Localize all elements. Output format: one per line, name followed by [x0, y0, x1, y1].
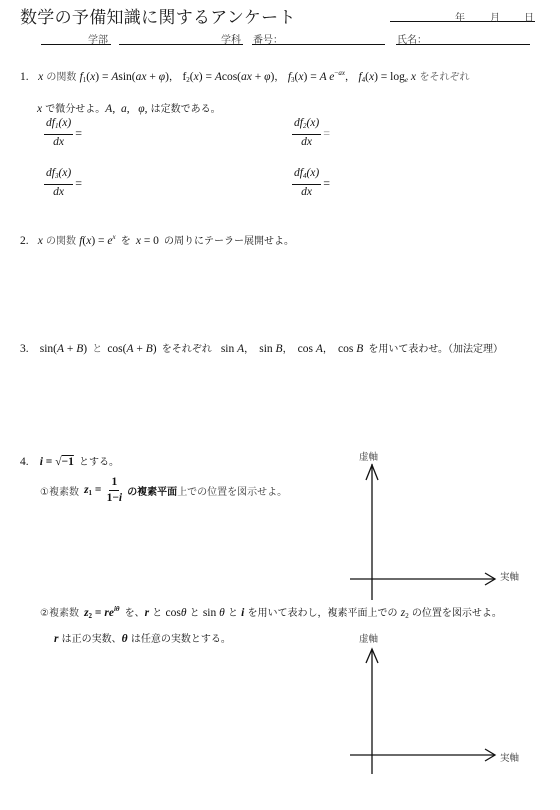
- question-number: 2.: [20, 235, 29, 247]
- q4-part1: ①複素数 z1 = 11−i の複素平面上での位置を図示せよ。: [40, 476, 287, 505]
- derivative-f2: df2(x)dx=: [292, 117, 330, 149]
- question-4: 4. i = √−1 とする。: [20, 450, 119, 469]
- question-number: 3.: [20, 343, 29, 355]
- date-month-label: 月: [490, 9, 500, 24]
- derivative-f3: df3(x)dx=: [44, 167, 82, 199]
- real-axis-label-2: 実軸: [500, 750, 519, 764]
- q2-function: f(x) = ex: [79, 235, 115, 247]
- imag-axis-label-2: 虚軸: [359, 631, 378, 645]
- q3-expr1: sin(A + B): [40, 343, 87, 355]
- date-year-label: 年: [455, 9, 465, 24]
- q2-suffix: の周りにテーラー展開せよ。: [164, 236, 294, 247]
- q4-definition: i = √−1: [40, 456, 74, 468]
- question-1: 1. x の関数 f1(x) = Asin(ax + φ)， f2(x) = A…: [20, 68, 469, 84]
- q4-part2-note: r は正の実数、θ は任意の実数とする。: [54, 627, 231, 646]
- complex-plane-graph-1[interactable]: [340, 445, 560, 605]
- q4-part2: ②複素数 z2 = reiθ を、r と cosθ と sin θ と i を用…: [40, 601, 502, 620]
- number-label: 番号：: [253, 31, 283, 46]
- question-2: 2. x の関数 f(x) = ex を x = 0 の周りにテーラー展開せよ。: [20, 229, 294, 248]
- faculty-label: 学部: [88, 31, 108, 46]
- q3-suffix: を用いて表わせ。（加法定理）: [368, 344, 503, 355]
- derivative-f1: df1(x)dx=: [44, 117, 82, 149]
- q4-part2-marker: ②複素数: [40, 608, 79, 619]
- question-number: 1.: [20, 71, 29, 83]
- q1-line2: x で微分せよ。A, a, φ, は定数である。: [37, 97, 221, 116]
- q1-f3: f3(x) = A e−ax: [288, 71, 345, 83]
- q3-and: と: [92, 344, 102, 355]
- q4-definition-suffix: とする。: [79, 457, 119, 468]
- q4-part1-bold: の複素平面: [127, 487, 177, 498]
- q2-point: x = 0: [136, 235, 159, 247]
- q1-f1: f1(x) = Asin(ax + φ): [80, 71, 169, 83]
- q4-part1-marker: ①複素数: [40, 487, 79, 498]
- q4-part1-suffix: 上での位置を図示せよ。: [177, 487, 287, 498]
- question-3: 3. sin(A + B) と cos(A + B) をそれぞれ sin A， …: [20, 337, 503, 356]
- q3-text-mid: をそれぞれ: [162, 344, 212, 355]
- q1-suffix: をそれぞれ: [419, 72, 469, 83]
- date-day-label: 日: [524, 9, 534, 24]
- complex-plane-graph-2[interactable]: [340, 630, 560, 780]
- page-title: 数学の予備知識に関するアンケート: [20, 3, 296, 28]
- question-number: 4.: [20, 456, 29, 468]
- name-label: 氏名：: [397, 31, 427, 46]
- derivative-f4: df4(x)dx=: [292, 167, 330, 199]
- q1-f4: f4(x) = loge x: [358, 71, 416, 83]
- q1-f2: f2(x) = Acos(ax + φ): [182, 71, 274, 83]
- real-axis-label-1: 実軸: [500, 569, 519, 583]
- imag-axis-label-1: 虚軸: [359, 449, 378, 463]
- q3-expr2: cos(A + B): [107, 343, 156, 355]
- q2-text-mid: を: [121, 236, 131, 247]
- department-label: 学科: [221, 31, 241, 46]
